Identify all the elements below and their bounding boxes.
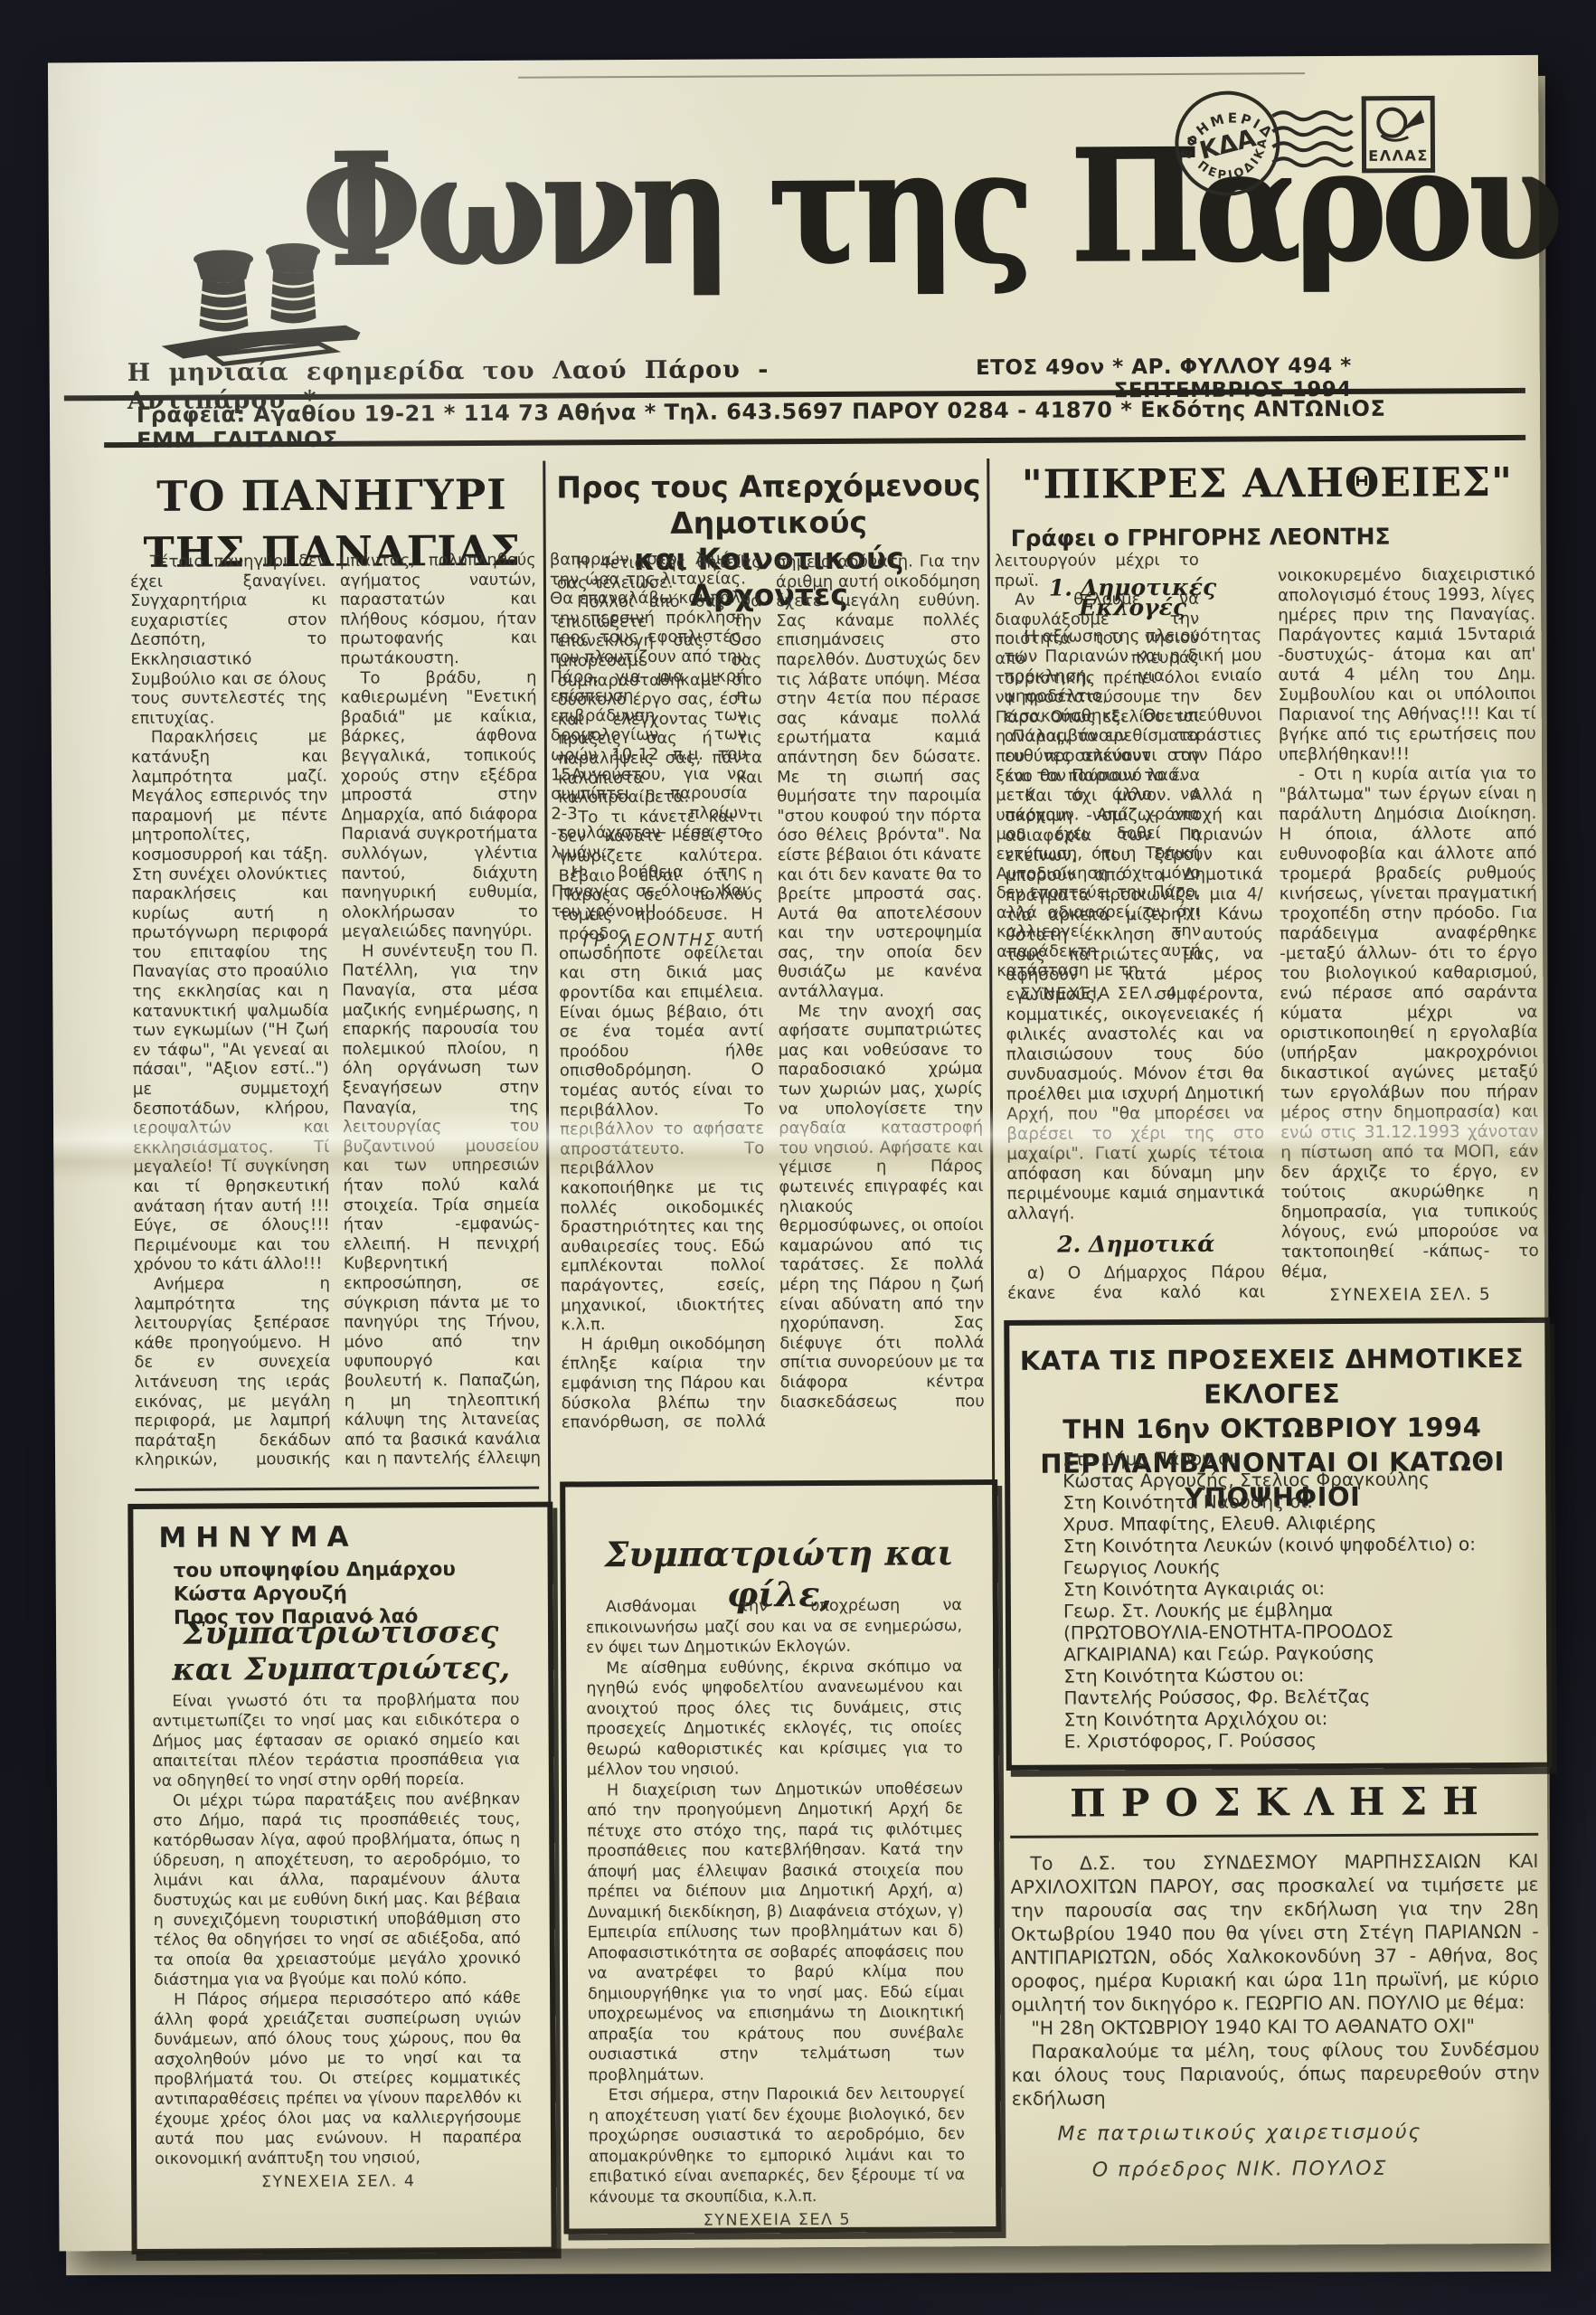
flow-p: Το τι κάνετε και τι δεν κάνατε εσείς το …: [558, 807, 765, 1335]
invitation-body: Το Δ.Σ. του ΣΥΝΔΕΣΜΟΥ ΜΑΡΠΗΣΣΑΙΩΝ ΚΑΙ ΑΡ…: [1010, 1849, 1540, 2187]
list-item: Στη Κοινότητα Αγκαιριάς οι:: [1063, 1576, 1516, 1601]
screenshot-root: { "theme": { "background": "#14141c", "p…: [0, 0, 1596, 2315]
flow-p: Το βράδυ, η καθιερωμένη "Ενετική βραδιά"…: [340, 667, 538, 941]
flow-p: Η Πάρος σήμερα περισσότερο από κάθε άλλη…: [154, 1989, 522, 2169]
list-item: Ε. Χριστόφορος, Γ. Ρούσσος: [1064, 1728, 1516, 1753]
newspaper-front-page: Φωνη της Παρου ΕΦΗΜΕΡΙΔΕΣ ΠΕΡΙΟΔΙΚΑ ΚΔΑ …: [48, 55, 1550, 2252]
posthorn-icon: [1378, 109, 1405, 137]
flow-p: Τέτοιο πανηγύρι δεν έχει ξαναγίνει. Συγχ…: [130, 552, 327, 728]
candidates-list: Στο Δήμο Πάρου οι:Κώστας Αργουζής, Στελι…: [1062, 1446, 1516, 1753]
message-box-title: ΜΗΝΥΜΑ: [158, 1521, 357, 1554]
list-item: Γεωργιος Λουκής: [1063, 1554, 1516, 1579]
article-truths-body: 1. Δημοτικές ΕκλογέςΗ αξίωση της πλειονό…: [1004, 565, 1539, 1314]
list-item: Στη Κοινότητα Ναούσης οι:: [1062, 1489, 1515, 1514]
flow-p: Η διαχείριση των Δημοτικών υποθέσεων από…: [587, 1779, 965, 2086]
flow-h: 2. Δημοτικά: [1007, 1233, 1265, 1254]
message-box-salutation: Συμπατριώτισσες και Συμπατριώτες,: [134, 1614, 548, 1688]
flow-sig: Με πατριωτικούς χαιρετισμούς: [976, 2121, 1504, 2147]
article-truths-title: "ΠΙΚΡΕΣ ΑΛΗΘΕΙΕΣ": [996, 459, 1538, 508]
list-item: Στη Κοινότητα Αρχιλόχου οι:: [1063, 1706, 1516, 1731]
flow-c: ΣΥΝΕΧΕΙΑ ΣΕΛ. 5: [1281, 1285, 1539, 1306]
hellas-posthorn-logo: ΕΛΛΑΣ: [1361, 95, 1435, 173]
flow-p: Η 4ετια της θητείας σας τέλειωσε.: [557, 553, 761, 592]
list-item: Στο Δήμο Πάρου οι:: [1062, 1446, 1515, 1470]
list-item: Στη Κοινότητα Κώστου οι:: [1063, 1663, 1516, 1687]
list-item: Γεωρ. Στ. Λουκής με έμβλημα: [1063, 1598, 1516, 1622]
flow-h: 1. Δημοτικές Εκλογές: [1004, 577, 1261, 618]
friend-box-body: Αισθάνομαι την υποχρέωση να επικοινωνήσω…: [586, 1595, 965, 2201]
flow-p: Παρακλήσεις με κατάνυξη και λαμπρότητα μ…: [131, 727, 330, 1275]
flow-c: ΣΥΝΕΧΕΙΑ ΣΕΛ 5: [589, 2209, 965, 2232]
election-candidates-box: ΚΑΤΑ ΤΙΣ ΠΡΟΣΕΧΕΙΣ ΔΗΜΟΤΙΚΕΣ ΕΚΛΟΓΕΣ ΤΗΝ…: [1004, 1318, 1553, 1771]
cancellation-wave-lines-icon: [1270, 109, 1354, 168]
article-festival-title-line1: ΤΟ ΠΑΝΗΓΥΡΙ: [129, 467, 534, 524]
flow-p: Η αξίωση της πλειονότητας των Παριανών κ…: [1004, 626, 1262, 786]
list-item: (ΠΡΩΤΟΒΟΥΛΙΑ-ΕΝΟΤΗΤΑ-ΠΡΟΟΔΟΣ: [1063, 1620, 1516, 1644]
flow-p: Πολλοί από σας θα επιδιώξετε την επανεκλ…: [557, 592, 762, 808]
flow-p: Το Δ.Σ. του ΣΥΝΔΕΣΜΟΥ ΜΑΡΠΗΣΣΑΙΩΝ ΚΑΙ ΑΡ…: [1010, 1849, 1539, 2017]
flow-p: Παρακαλούμε τα μέλη, τους φίλους του Συν…: [1011, 2037, 1539, 2111]
article-festival-end-rule: [135, 1487, 539, 1491]
flow-p: Ετσι σήμερα, στην Παροικιά δεν λειτουργε…: [589, 2083, 966, 2207]
compatriot-letter-box: Συμπατριώτη και φίλε, Αισθάνομαι την υπο…: [560, 1479, 1001, 2235]
list-item: Κώστας Αργουζής, Στελιος Φραγκούλης: [1062, 1468, 1515, 1492]
flow-p: Με αίσθημα ευθύνης, έκρινα σκόπιμο να ηγ…: [586, 1657, 963, 1781]
flow-p: Αισθάνομαι την υποχρέωση να επικοινωνήσω…: [586, 1595, 962, 1658]
flow-p: Οι μέχρι τώρα παρατάξεις που ανέβηκαν στ…: [153, 1790, 521, 1990]
message-salute-line1: Συμπατριώτισσες: [134, 1614, 548, 1652]
invitation-title: ΠΡΟΣΚΛΗΣΗ: [1010, 1779, 1538, 1826]
message-salute-line2: και Συμπατριώτες,: [134, 1650, 548, 1688]
flow-p: "Η 28η ΟΚΤΩΒΡΙΟΥ 1940 ΚΑΙ ΤΟ ΑΘΑΝΑΤΟ ΟΧΙ…: [1011, 2014, 1539, 2040]
article-truths-byline: Γράφει ο ΓΡΗΓΟΡΗΣ ΛΕΟΝΤΗΣ: [1011, 523, 1535, 552]
scan-artifact-line: [518, 72, 1305, 79]
mayor-candidate-message-box: ΜΗΝΥΜΑ του υποψηφίου Δημάρχου Κώστα Αργο…: [127, 1502, 556, 2254]
flow-sig: Ο πρόεδρος ΝΙΚ. ΠΟΥΛΟΣ: [976, 2157, 1504, 2183]
flow-p: - Οτι η κυρία αιτία για το "βάλτωμα" των…: [1279, 764, 1539, 1282]
flow-p: Είναι γνωστό ότι τα προβλήματα που αντιμ…: [152, 1690, 520, 1791]
candidates-title-line2: ΤΗΝ 16ην ΟΚΤΩΒΡΙΟΥ 1994: [1019, 1410, 1525, 1447]
list-item: ΑΓΚΑΙΡΙΑΝΑ) και Γεώρ. Ραγκούσης: [1063, 1641, 1516, 1666]
list-item: Παντελής Ρούσσος, Φρ. Βελέτζας: [1063, 1685, 1516, 1709]
message-box-body: Είναι γνωστό ότι τα προβλήματα που αντιμ…: [152, 1690, 522, 2222]
message-box-subtitle-line1: του υποψηφίου Δημάρχου Κώστα Αργουζή: [174, 1558, 517, 1607]
article-outgoing-body: Η 4ετια της θητείας σας τέλειωσε.Πολλοί …: [557, 552, 985, 1447]
list-item: Στη Κοινότητα Λευκών (κοινό ψηφοδέλτιο) …: [1062, 1533, 1515, 1557]
candidates-title-line1: ΚΑΤΑ ΤΙΣ ΠΡΟΣΕΧΕΙΣ ΔΗΜΟΤΙΚΕΣ ΕΚΛΟΓΕΣ: [1018, 1341, 1525, 1413]
invitation-title-rule: [1010, 1833, 1538, 1838]
flow-c: ΣΥΝΕΧΕΙΑ ΣΕΛ. 4: [155, 2171, 522, 2193]
article-outgoing-title-line1: Προς τους Απερχόμενους Δημοτικούς: [553, 468, 983, 542]
list-item: Χρυσ. Μπαφίτης, Ελευθ. Αλιφιέρης: [1062, 1511, 1515, 1535]
article-festival-body: Τέτοιο πανηγύρι δεν έχει ξαναγίνει. Συγχ…: [130, 551, 541, 1482]
hellas-label: ΕΛΛΑΣ: [1368, 146, 1429, 164]
flow-p: Και όχι μόνον. Αλλά η σκόπιμη -νομίζω- α…: [1005, 785, 1265, 1224]
